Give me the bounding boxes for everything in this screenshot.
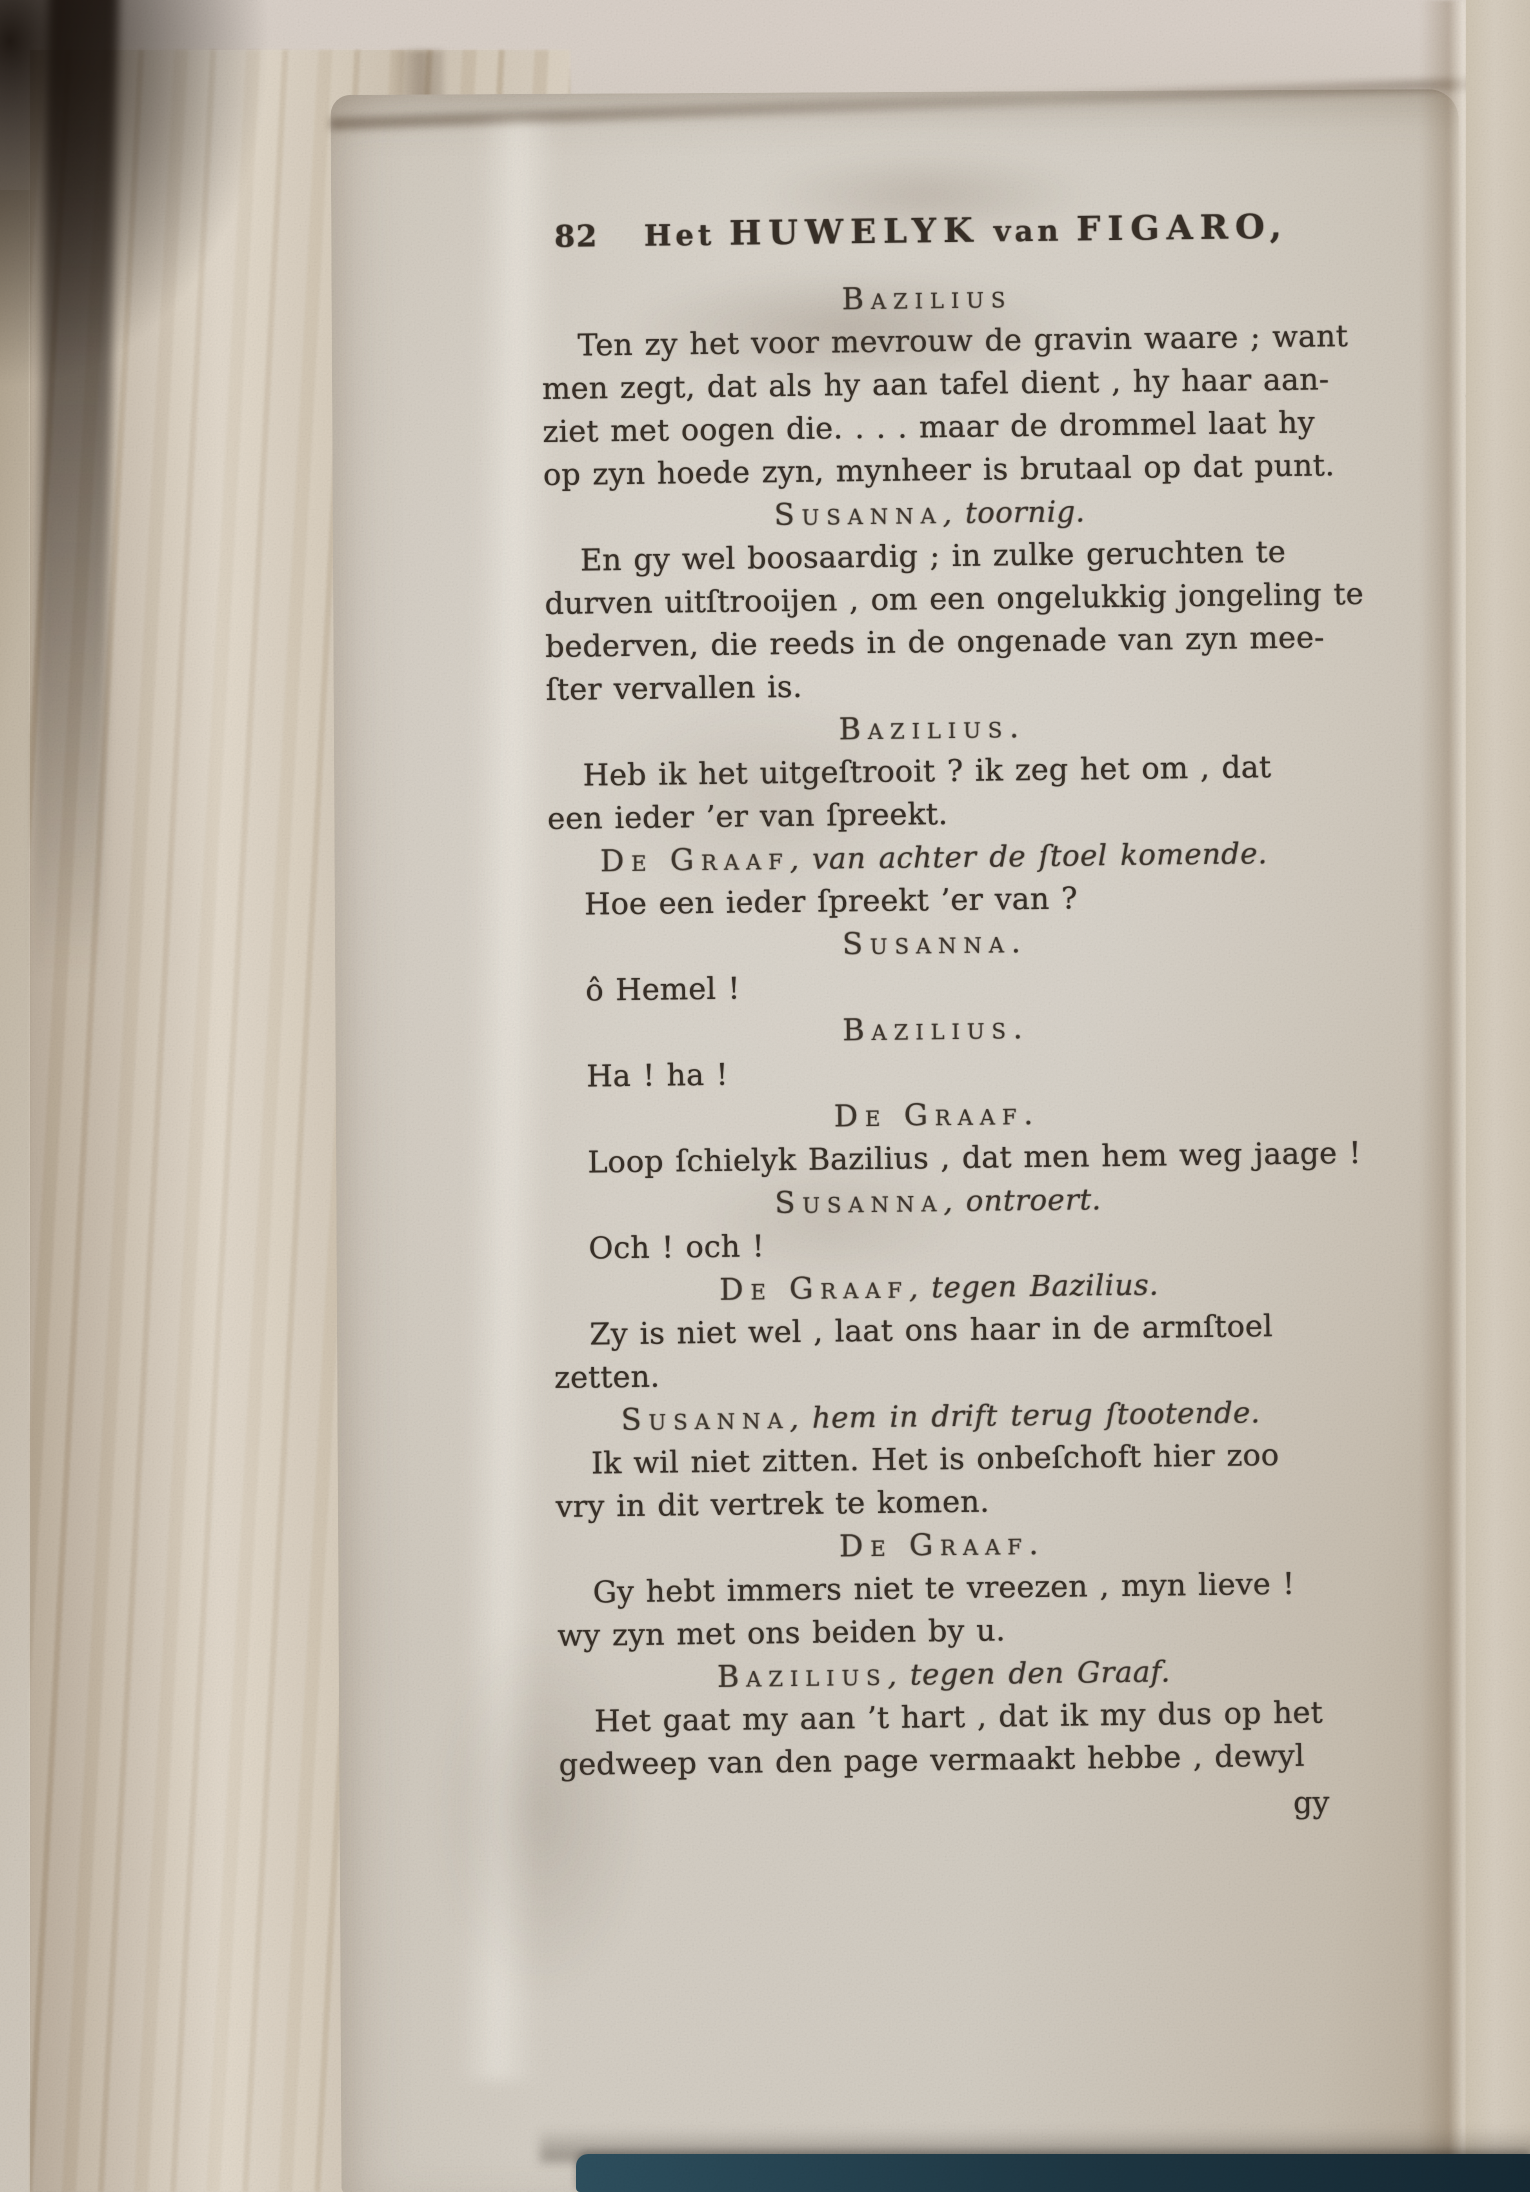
book-photograph: 82 Het HUWELYK van FIGARO, Bazilius Ten … xyxy=(0,0,1530,2192)
photo-vignette xyxy=(0,0,1530,2192)
